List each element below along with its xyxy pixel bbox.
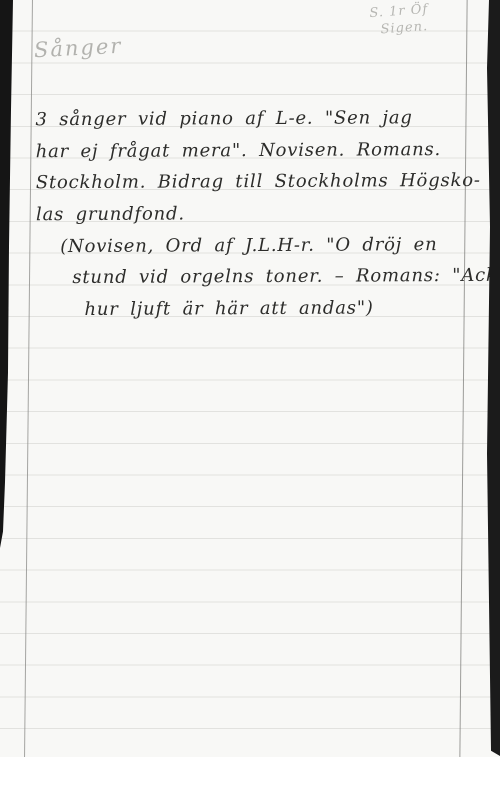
pencil-annotation: S. 1r Öf Sigen. <box>369 1 430 39</box>
handwritten-line: (Novisen, Ord af J.L.H-r. "O dröj en <box>60 229 498 263</box>
handwritten-line: hur ljuft är här att andas") <box>84 292 498 326</box>
handwritten-line: Stockholm. Bidrag till Stockholms Högsko… <box>36 165 498 199</box>
page-heading: Sånger <box>33 34 122 63</box>
scanned-manuscript-page: S. 1r Öf Sigen. Sånger 3 sånger vid pian… <box>0 0 500 800</box>
handwritten-line: 3 sånger vid piano af L-e. "Sen jag <box>35 102 497 136</box>
pencil-annotation-line2: Sigen. <box>380 18 430 38</box>
handwritten-text-block: 3 sånger vid piano af L-e. "Sen jag har … <box>35 102 498 326</box>
handwritten-line: stund vid orgelns toner. – Romans: "Ack <box>72 260 498 294</box>
handwritten-line: har ej frågat mera". Novisen. Romans. <box>36 133 498 167</box>
handwritten-line: las grundfond. <box>36 197 498 231</box>
